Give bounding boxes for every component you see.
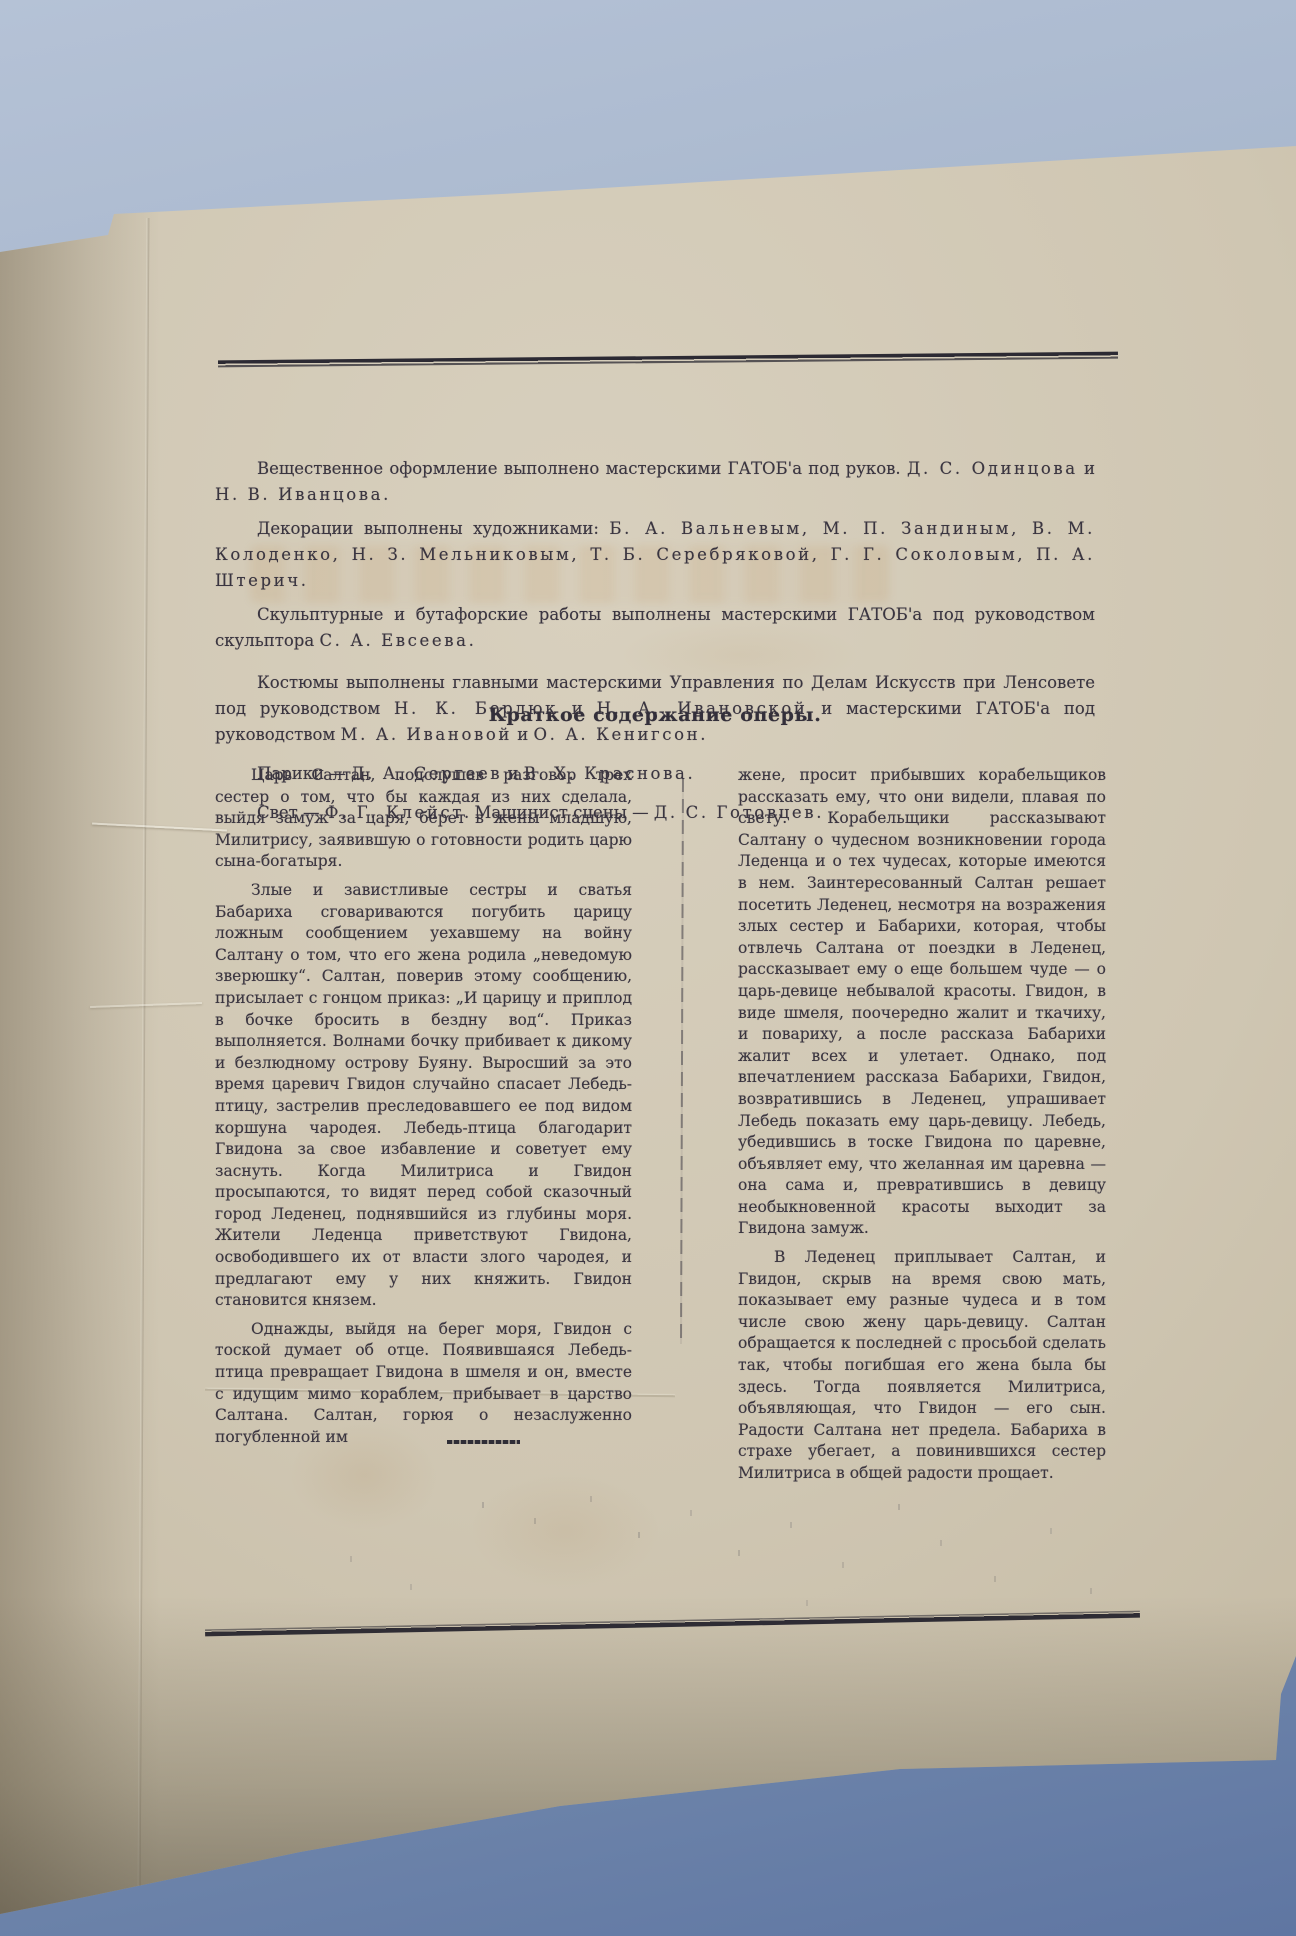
synopsis-left-column: Царь Салтан, подслушав разговор трех сес… xyxy=(215,765,632,1448)
credit-paragraph: Декорации выполнены художниками: Б. А. В… xyxy=(215,516,1095,594)
paper-speck xyxy=(870,116,874,120)
synopsis-right-column: жене, просит прибывших корабельщиков рас… xyxy=(738,765,1106,1485)
bottom-double-rule xyxy=(205,1611,1140,1637)
top-double-rule xyxy=(218,352,1118,368)
synopsis-heading: Краткое содержание оперы. xyxy=(215,704,1095,726)
paper-crease xyxy=(92,822,227,831)
section-end-rule xyxy=(447,1440,520,1444)
paper-crease xyxy=(90,1002,202,1008)
synopsis-paragraph: жене, просит прибывших корабельщиков рас… xyxy=(738,765,1106,1240)
credit-paragraph: Вещественное оформление выполнено мастер… xyxy=(215,456,1095,508)
synopsis-paragraph: Злые и завистливые сестры и сватья Бабар… xyxy=(215,880,632,1312)
synopsis-paragraph: Однажды, выйдя на берег моря, Гвидон с т… xyxy=(215,1319,632,1449)
column-divider-rule xyxy=(680,778,684,1344)
paper-stain xyxy=(470,1470,660,1590)
pencil-marks xyxy=(470,1492,472,1498)
photo-background: { "document": { "synopsis_heading": "Кра… xyxy=(0,0,1296,1936)
paper-stain xyxy=(560,60,740,150)
credit-paragraph: Скульптурные и бутафорские работы выполн… xyxy=(215,602,1095,654)
synopsis-paragraph: В Леденец приплывает Салтан, и Гвидон, с… xyxy=(738,1247,1106,1485)
booklet-page: Вещественное оформление выполнено мастер… xyxy=(0,0,1296,1936)
page-fold-crease xyxy=(138,218,150,1890)
synopsis-paragraph: Царь Салтан, подслушав разговор трех сес… xyxy=(215,765,632,873)
